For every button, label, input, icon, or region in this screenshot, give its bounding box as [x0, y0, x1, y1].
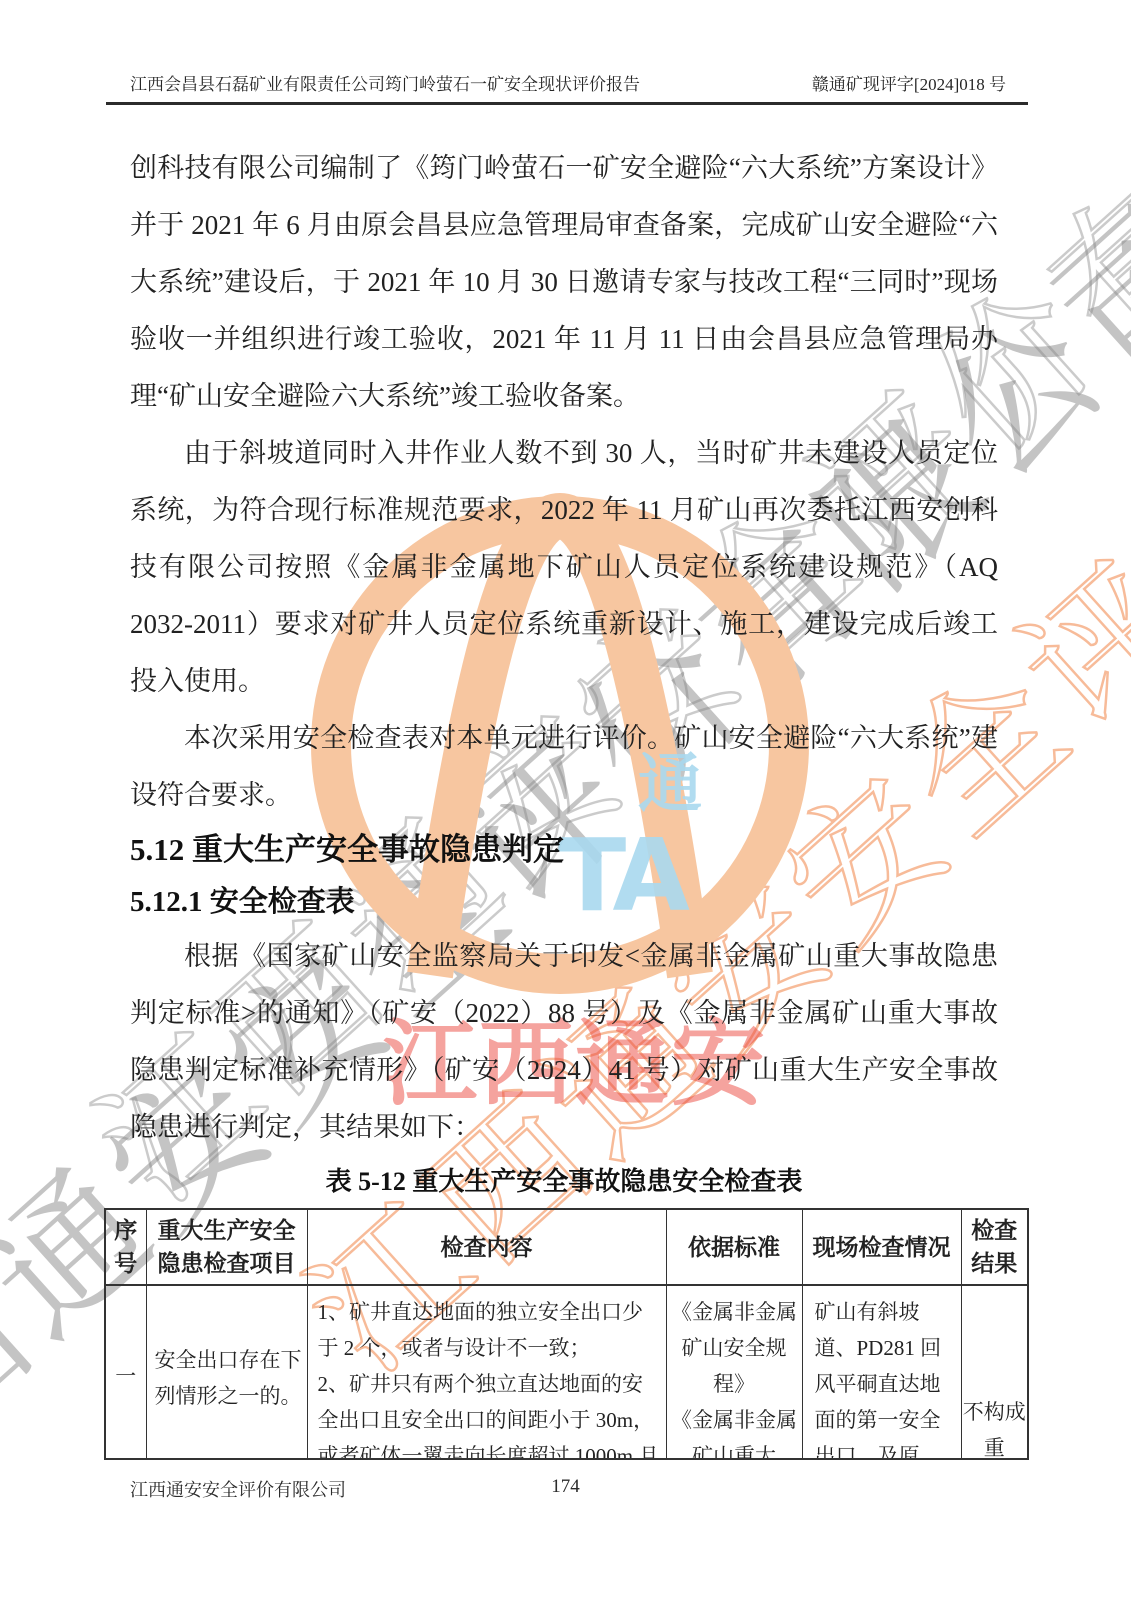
doc-number: 赣通矿现评字[2024]018 号: [812, 70, 1028, 95]
table-row: 一安全出口存在下列情形之一的。1、矿井直达地面的独立安全出口少于 2 个，或者与…: [105, 1285, 1028, 1459]
column-header: 序号: [105, 1209, 146, 1285]
footer-company: 江西通安安全评价有限公司: [130, 1476, 346, 1502]
column-header: 重大生产安全隐患检查项目: [146, 1209, 307, 1285]
column-header: 检查结果: [961, 1209, 1028, 1285]
column-header: 现场检查情况: [802, 1209, 961, 1285]
section-heading: 5.12 重大生产安全事故隐患判定: [130, 824, 998, 876]
table-body: 一安全出口存在下列情形之一的。1、矿井直达地面的独立安全出口少于 2 个，或者与…: [105, 1285, 1028, 1459]
page-header: 江西会昌县石磊矿业有限责任公司筠门岭萤石一矿安全现状评价报告 赣通矿现评字[20…: [106, 70, 1028, 105]
safety-check-table: 序号重大生产安全隐患检查项目检查内容依据标准现场检查情况检查结果 一安全出口存在…: [104, 1208, 1029, 1460]
paragraph: 本次采用安全检查表对本单元进行评价。矿山安全避险“六大系统”建设符合要求。: [130, 710, 998, 824]
cell-standard: 《金属非金属矿山安全规程》《金属非金属矿山重大: [666, 1285, 802, 1459]
document-paragraphs: 创科技有限公司编制了《筠门岭萤石一矿安全避险“六大系统”方案设计》并于 2021…: [130, 140, 998, 1208]
cell-index: 一: [105, 1285, 146, 1459]
paragraph: 由于斜坡道同时入井作业人数不到 30 人，当时矿井未建设人员定位系统，为符合现行…: [130, 425, 998, 710]
report-title: 江西会昌县石磊矿业有限责任公司筠门岭萤石一矿安全现状评价报告: [106, 70, 640, 95]
document-page: 江西通安安全评价有限公司 江西通安安全评价有限公司 江西通安安全评价有限公司 通…: [0, 0, 1131, 1600]
paragraph: 创科技有限公司编制了《筠门岭萤石一矿安全避险“六大系统”方案设计》并于 2021…: [130, 140, 998, 425]
paragraph: 根据《国家矿山安全监察局关于印发<金属非金属矿山重大事故隐患判定标准>的通知》（…: [130, 928, 998, 1156]
cell-content: 1、矿井直达地面的独立安全出口少于 2 个，或者与设计不一致；2、矿井只有两个独…: [307, 1285, 666, 1459]
footer-page-number: 174: [551, 1476, 580, 1498]
column-header: 检查内容: [307, 1209, 666, 1285]
table-title: 表 5-12 重大生产安全事故隐患安全检查表: [130, 1162, 998, 1202]
table-header-row: 序号重大生产安全隐患检查项目检查内容依据标准现场检查情况检查结果: [105, 1209, 1028, 1285]
cell-site_check: 矿山有斜坡道、PD281 回风平硐直达地面的第一安全出口，及原 SJ317 竖井…: [802, 1285, 961, 1459]
cell-item: 安全出口存在下列情形之一的。: [146, 1285, 307, 1459]
column-header: 依据标准: [666, 1209, 802, 1285]
cell-result: 不构成重: [961, 1285, 1028, 1459]
section-heading: 5.12.1 安全检查表: [130, 876, 998, 928]
